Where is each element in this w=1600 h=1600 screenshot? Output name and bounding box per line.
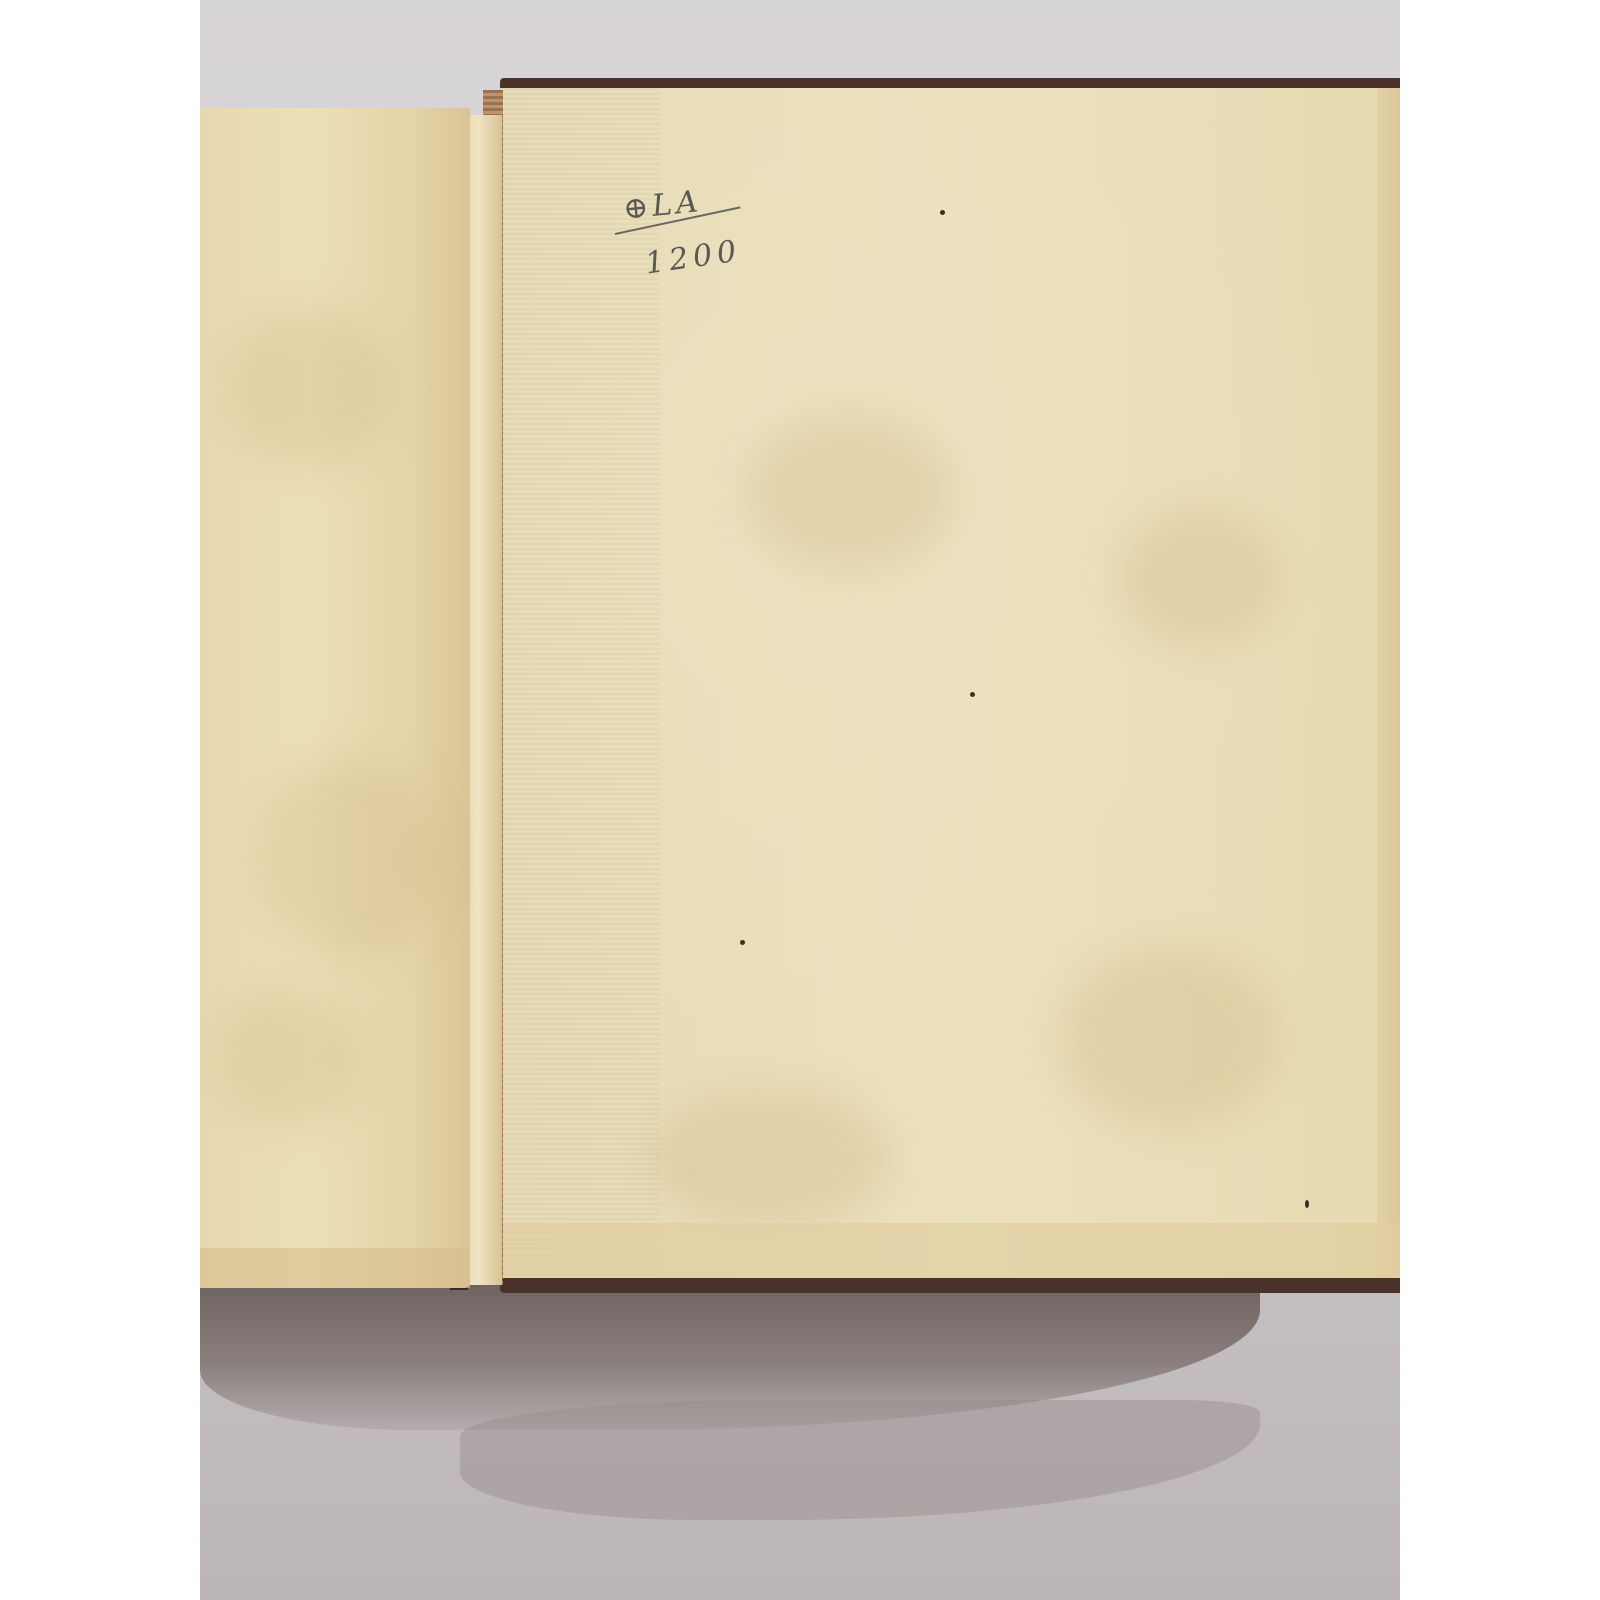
speck — [940, 210, 945, 215]
flyleaf-page — [200, 108, 470, 1288]
stain — [1120, 508, 1280, 648]
stain — [220, 988, 360, 1128]
speck — [740, 940, 745, 945]
stain — [650, 1088, 890, 1228]
book-photo — [200, 0, 1400, 1600]
stain — [1060, 948, 1280, 1128]
stain — [230, 308, 390, 468]
cover-turn-in-bottom — [500, 1223, 1400, 1278]
page-edge-discoloration — [200, 1248, 470, 1288]
inscription-code: ⊕LA — [621, 184, 703, 227]
inscription-price: 1200 — [643, 233, 743, 281]
speck — [970, 692, 975, 697]
cover-turn-in-right — [1377, 88, 1400, 1278]
pencil-inscription: ⊕LA 1200 — [615, 188, 775, 298]
speck — [1305, 1200, 1309, 1208]
book-shadow-soft — [460, 1400, 1260, 1520]
stain — [260, 758, 440, 958]
stain — [750, 418, 950, 568]
